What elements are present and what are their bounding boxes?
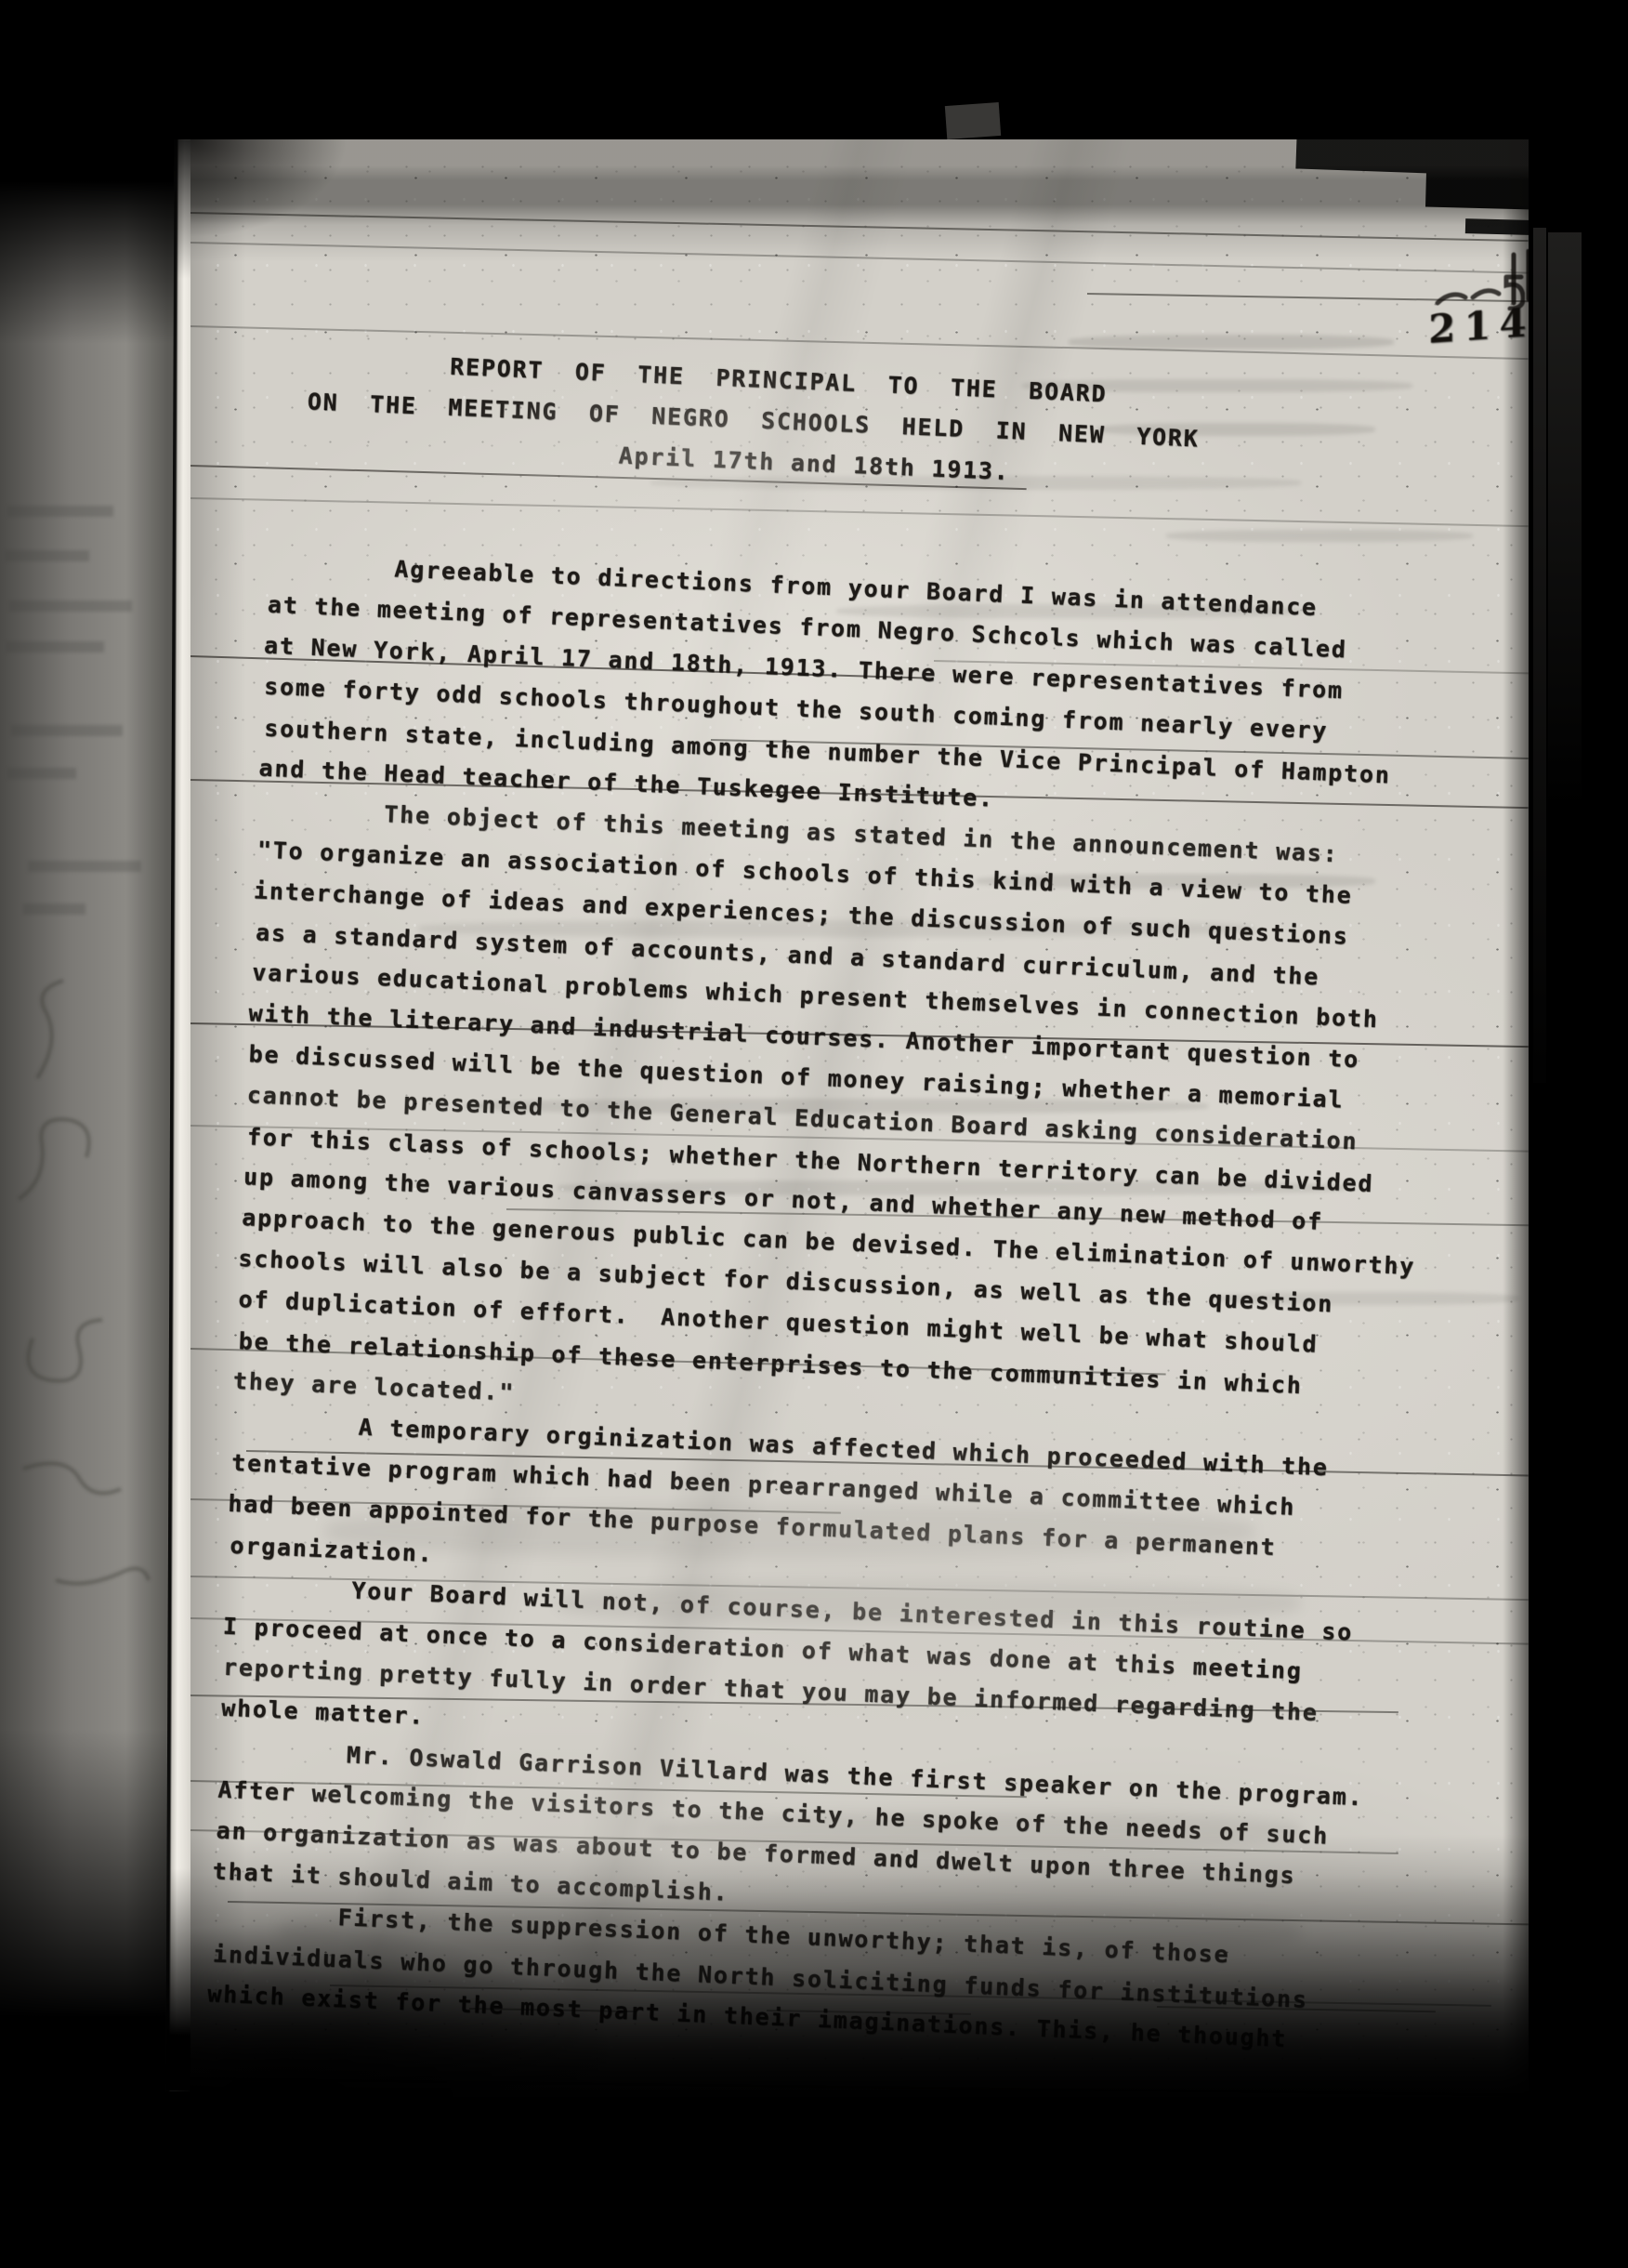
paper-crease	[190, 242, 1529, 274]
page-right-edge-shadow	[1533, 228, 1546, 1083]
corner-fold-shadow	[1425, 139, 1529, 209]
paper-crease	[190, 325, 1529, 360]
document-page: REPORT OF THE PRINCIPAL TO THE BOARD ON …	[190, 139, 1529, 2110]
margin-mark	[1504, 249, 1529, 314]
paper-crease	[190, 1829, 1398, 1854]
paper-crease	[190, 2077, 1529, 2097]
paper-crease	[934, 660, 1529, 674]
paper-crease	[246, 1450, 1529, 1476]
scanned-page: REPORT OF THE PRINCIPAL TO THE BOARD ON …	[0, 0, 1628, 2268]
paper-crease	[190, 655, 934, 679]
paper-crease	[190, 212, 1529, 242]
paper-crease	[190, 465, 1027, 490]
corner-fold-shadow	[1465, 218, 1529, 235]
paper-crease	[190, 1348, 1166, 1375]
book-spine-edge	[0, 130, 175, 2119]
paper-crease	[330, 1984, 1491, 2007]
paper-crease	[1157, 2006, 1436, 2012]
paper-crease	[190, 1022, 1529, 1048]
paper-crease	[506, 1208, 1529, 1226]
paper-crease	[469, 2008, 637, 2012]
gutter-handwriting-marks	[0, 130, 175, 2119]
paper-crease	[711, 739, 1529, 759]
paper-crease	[190, 1576, 1529, 1601]
paper-crease	[190, 1780, 1027, 1798]
paper-crease	[190, 497, 1529, 527]
paper-crease	[190, 779, 1529, 809]
paper-crease	[190, 1617, 1529, 1645]
paper-top-tab	[945, 102, 1001, 139]
adjacent-page-sliver	[1548, 232, 1582, 809]
paper-crease	[190, 1498, 841, 1514]
paper-creases	[190, 139, 1529, 2110]
paper-crease	[767, 2010, 971, 2015]
paper-crease	[228, 1901, 1529, 1925]
paper-crease	[190, 1694, 1398, 1713]
paper-crease	[190, 1125, 1529, 1153]
